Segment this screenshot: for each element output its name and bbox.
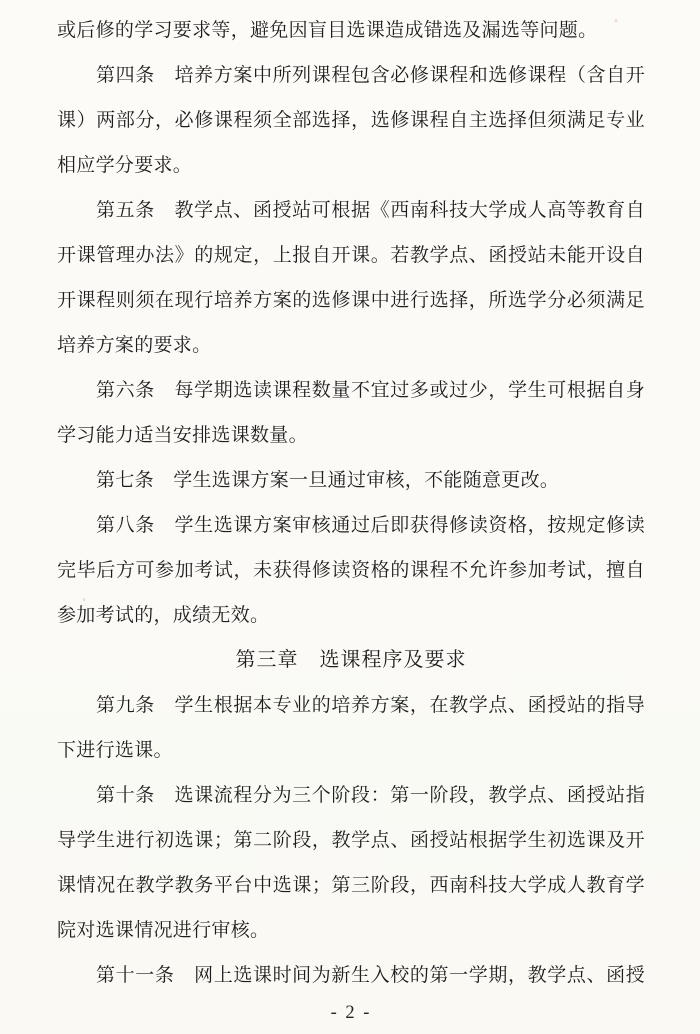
document-line: 第九条 学生根据本专业的培养方案，在教学点、函授站的指导 — [57, 683, 645, 728]
document-line: 开课管理办法》的规定，上报自开课。若教学点、函授站未能开设自 — [57, 233, 645, 278]
document-line: 第八条 学生选课方案审核通过后即获得修读资格，按规定修读 — [57, 503, 645, 548]
document-line: 第七条 学生选课方案一旦通过审核，不能随意更改。 — [57, 458, 645, 503]
scanned-document-page: 或后修的学习要求等，避免因盲目选课造成错选及漏选等问题。 第四条 培养方案中所列… — [0, 0, 700, 1034]
document-line: 院对选课情况进行审核。 — [57, 908, 645, 953]
document-line: 第十条 选课流程分为三个阶段：第一阶段，教学点、函授站指 — [57, 773, 645, 818]
document-line: 开课程则须在现行培养方案的选修课中进行选择，所选学分必须满足 — [57, 278, 645, 323]
document-line: 或后修的学习要求等，避免因盲目选课造成错选及漏选等问题。 — [57, 8, 645, 53]
document-line: 学习能力适当安排选课数量。 — [57, 413, 645, 458]
page-number: - 2 - — [57, 998, 645, 1028]
document-line: 下进行选课。 — [57, 728, 645, 773]
document-line: 第十一条 网上选课时间为新生入校的第一学期，教学点、函授 — [57, 953, 645, 998]
document-line: 课）两部分，必修课程须全部选择，选修课程自主选择但须满足专业 — [57, 98, 645, 143]
document-line: 相应学分要求。 — [57, 143, 645, 188]
document-line: 完毕后方可参加考试，未获得修读资格的课程不允许参加考试，擅自 — [57, 548, 645, 593]
chapter-heading: 第三章 选课程序及要求 — [57, 638, 645, 683]
document-line: 课情况在教学教务平台中选课；第三阶段，西南科技大学成人教育学 — [57, 863, 645, 908]
document-line: 第六条 每学期选读课程数量不宜过多或过少，学生可根据自身 — [57, 368, 645, 413]
document-line: 第四条 培养方案中所列课程包含必修课程和选修课程（含自开 — [57, 53, 645, 98]
document-line: 导学生进行初选课；第二阶段，教学点、函授站根据学生初选课及开 — [57, 818, 645, 863]
document-line: 第五条 教学点、函授站可根据《西南科技大学成人高等教育自 — [57, 188, 645, 233]
document-line: 参加考试的，成绩无效。 — [57, 593, 645, 638]
document-line: 培养方案的要求。 — [57, 323, 645, 368]
